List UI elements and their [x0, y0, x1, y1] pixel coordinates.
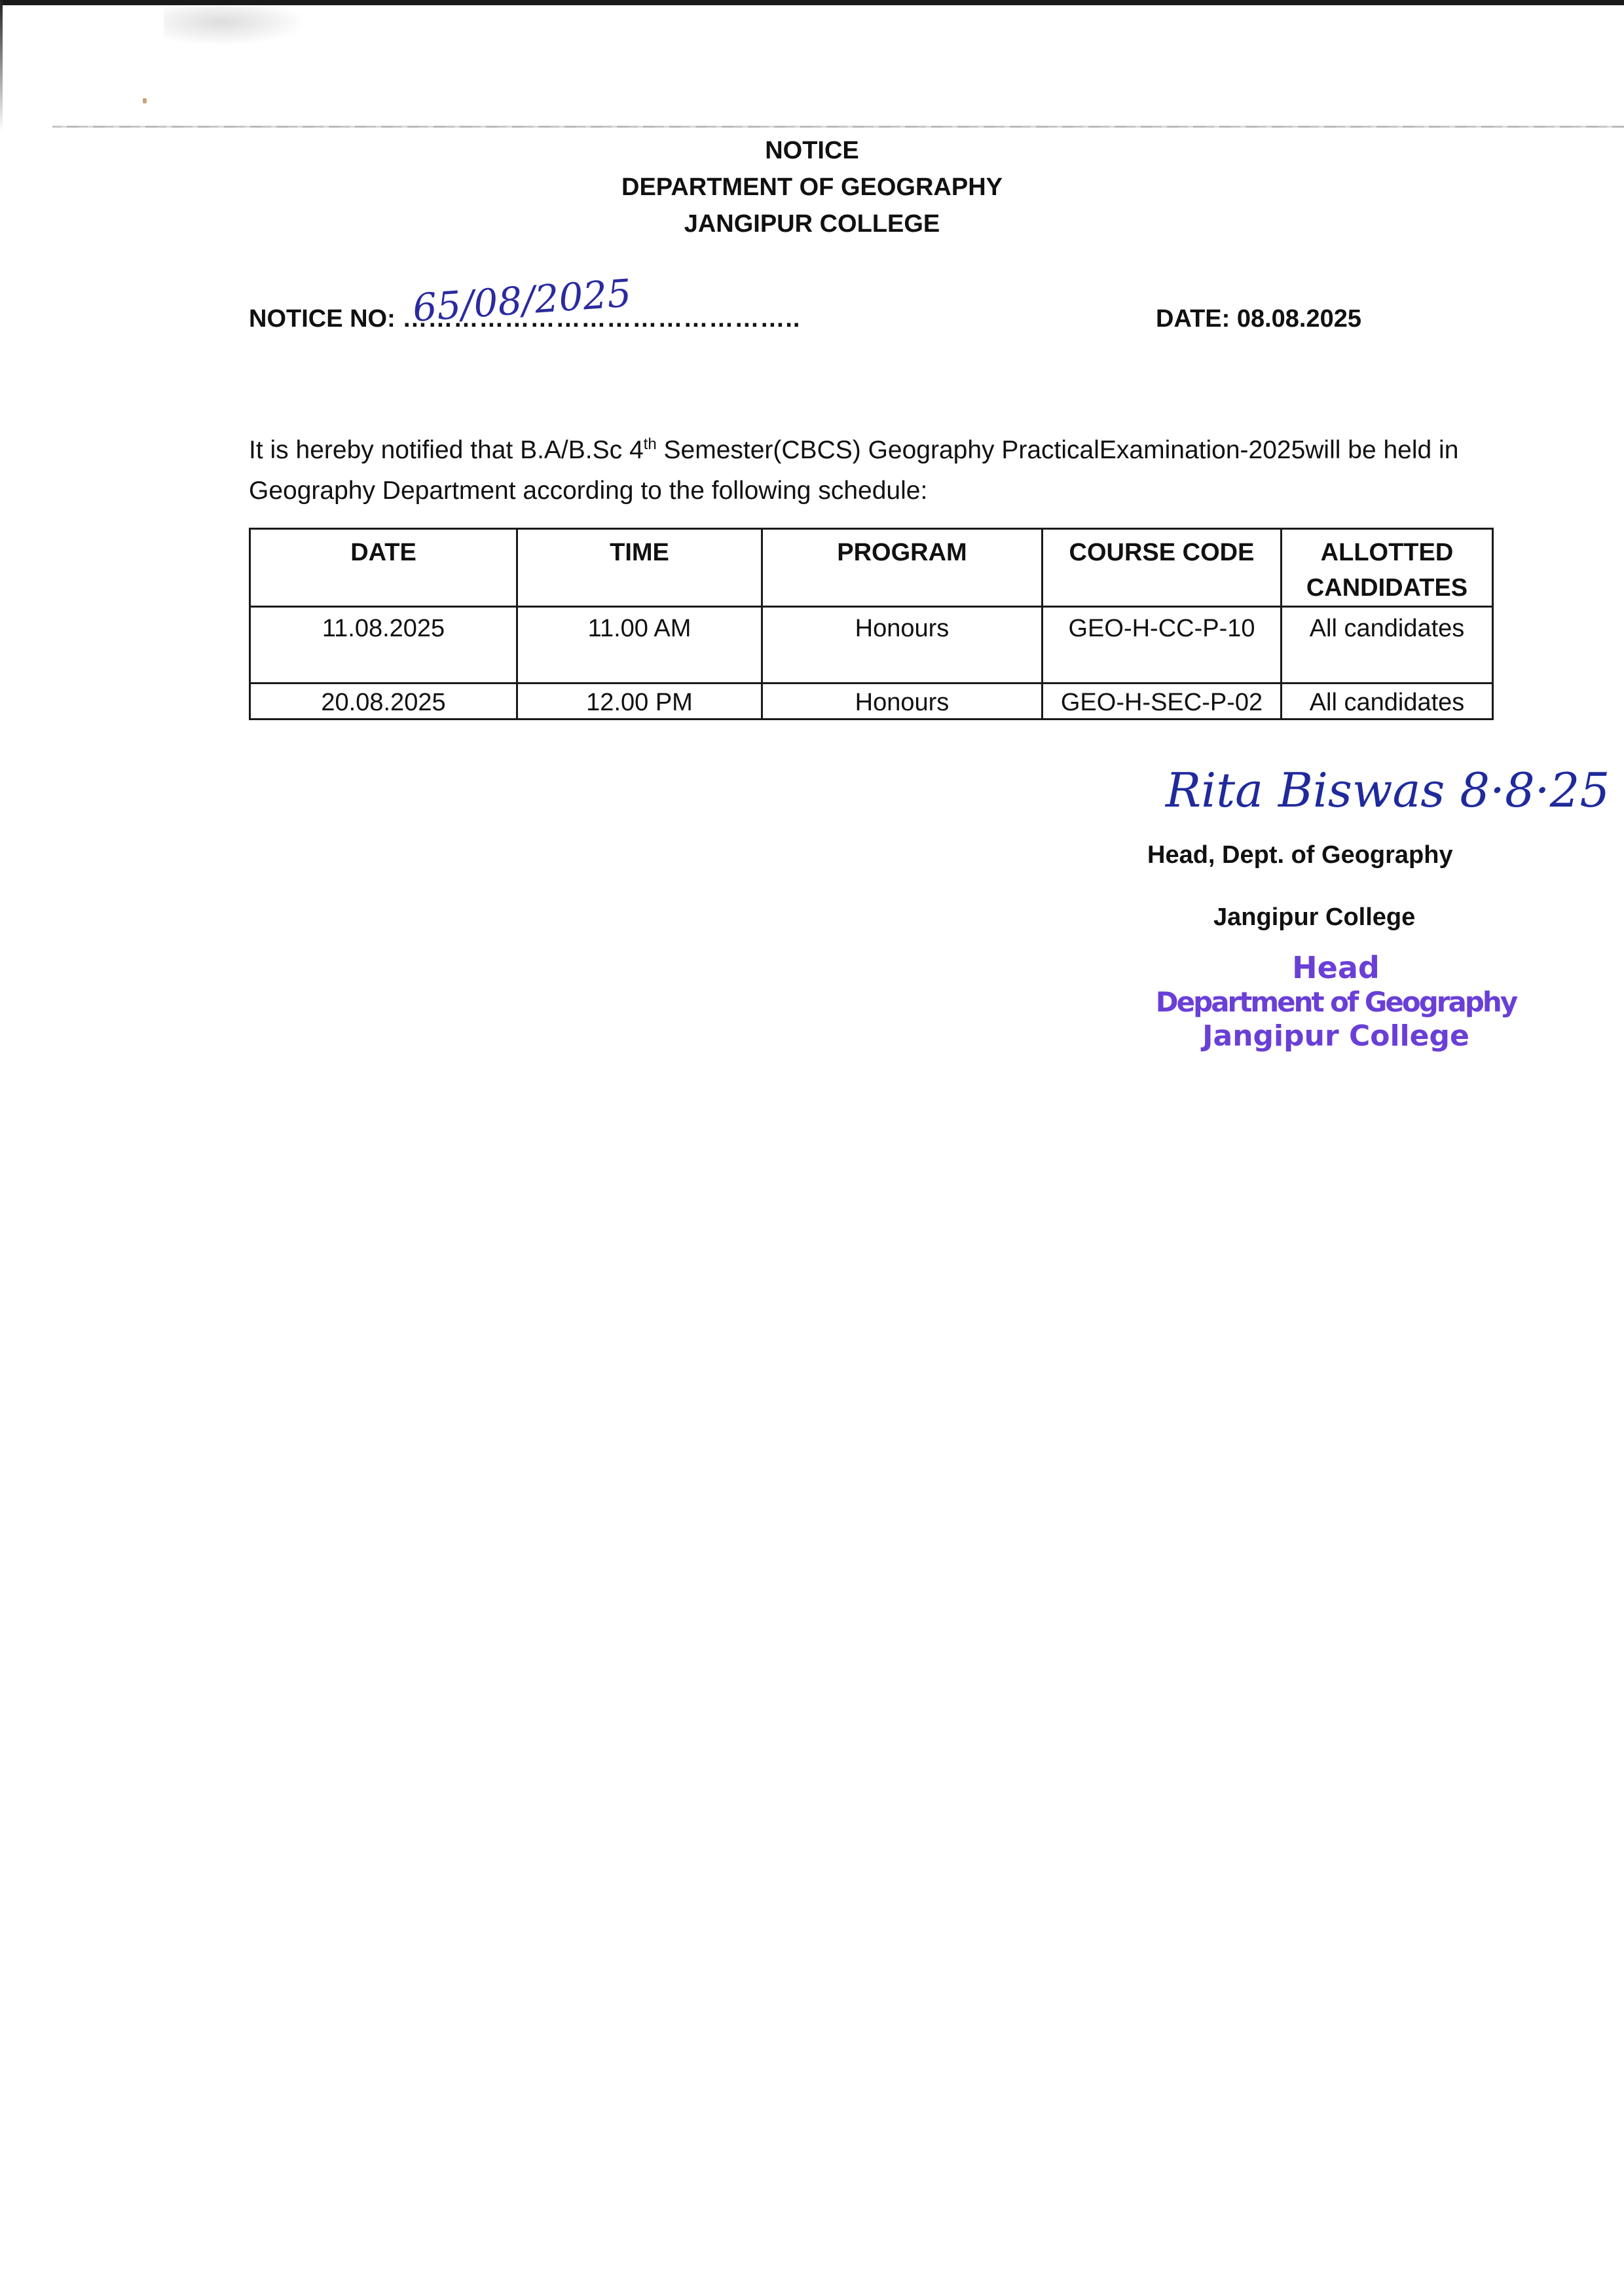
scan-smudge: [164, 7, 308, 46]
signatory-college: Jangipur College: [1213, 903, 1415, 932]
cell-time: 12.00 PM: [517, 683, 762, 720]
column-header-allotted-candidates: ALLOTTED CANDIDATES: [1282, 529, 1493, 607]
cell-allotted-candidates: All candidates: [1282, 607, 1493, 683]
cell-allotted-candidates: All candidates: [1282, 683, 1493, 720]
body-superscript: th: [644, 435, 657, 453]
table-header-row: DATE TIME PROGRAM COURSE CODE ALLOTTED C…: [250, 529, 1493, 607]
exam-schedule-table: DATE TIME PROGRAM COURSE CODE ALLOTTED C…: [249, 528, 1494, 720]
date-value: 08.08.2025: [1237, 305, 1361, 333]
column-header-time: TIME: [517, 529, 762, 607]
cell-date: 20.08.2025: [250, 683, 517, 720]
handwritten-signature: Rita Biswas 8·8·25: [1166, 763, 1610, 818]
notice-body: It is hereby notified that B.A/B.Sc 4th …: [249, 424, 1493, 511]
table-row: 11.08.2025 11.00 AM Honours GEO-H-CC-P-1…: [250, 607, 1493, 683]
scan-speck: [143, 98, 147, 103]
notice-title: NOTICE: [0, 132, 1624, 169]
college-heading: JANGIPUR COLLEGE: [0, 206, 1624, 242]
scan-edge-top: [0, 0, 1624, 5]
notice-date: DATE: 08.08.2025: [1156, 305, 1361, 333]
paper-tear-line: [52, 126, 1624, 128]
cell-time: 11.00 AM: [517, 607, 762, 683]
table-row: 20.08.2025 12.00 PM Honours GEO-H-SEC-P-…: [250, 683, 1493, 720]
body-text-part1: It is hereby notified that B.A/B.Sc 4: [249, 436, 644, 464]
column-header-program: PROGRAM: [762, 529, 1043, 607]
date-label: DATE:: [1156, 305, 1230, 333]
stamp-line-college: Jangipur College: [1153, 1019, 1519, 1054]
cell-course-code: GEO-H-SEC-P-02: [1043, 683, 1282, 720]
cell-date: 11.08.2025: [250, 607, 517, 683]
official-stamp: Head Department of Geography Jangipur Co…: [1153, 949, 1519, 1054]
cell-course-code: GEO-H-CC-P-10: [1043, 607, 1282, 683]
stamp-line-department: Department of Geography: [1153, 986, 1519, 1019]
stamp-line-head: Head: [1153, 949, 1519, 986]
department-heading: DEPARTMENT OF GEOGRAPHY: [0, 169, 1624, 206]
cell-program: Honours: [762, 607, 1043, 683]
cell-program: Honours: [762, 683, 1043, 720]
signatory-title: Head, Dept. of Geography: [1147, 841, 1453, 869]
notice-number-label: NOTICE NO:: [249, 305, 396, 333]
scan-edge-left: [0, 0, 3, 2296]
column-header-date: DATE: [250, 529, 517, 607]
column-header-course-code: COURSE CODE: [1043, 529, 1282, 607]
